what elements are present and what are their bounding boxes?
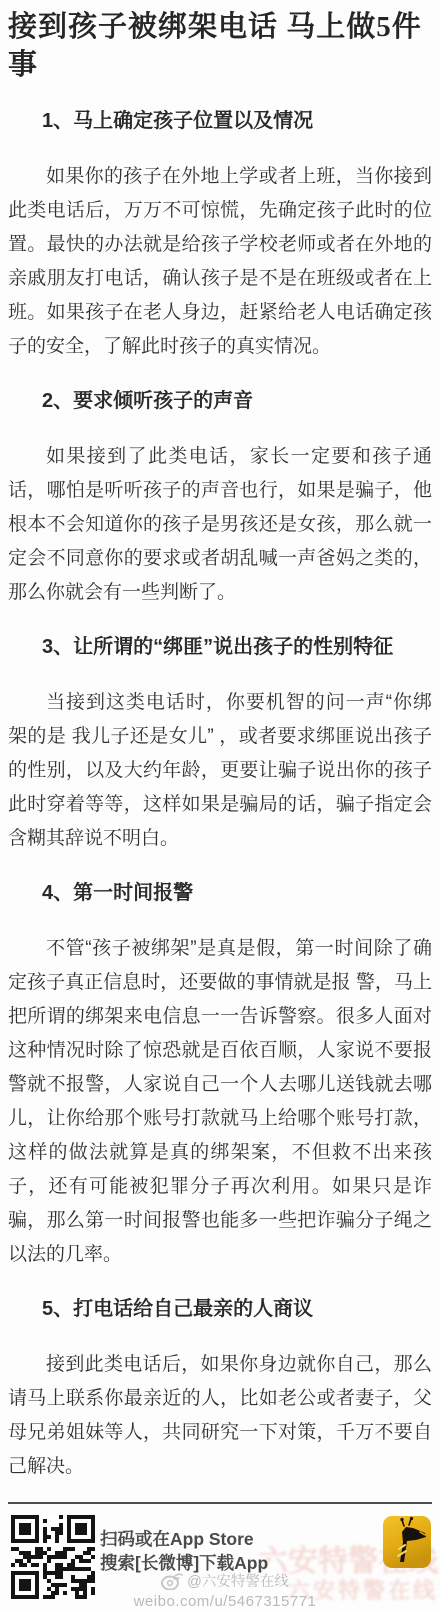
page-title: 接到孩子被绑架电话 马上做5件事 [8,8,432,84]
section-3-heading: 3、让所谓的“绑匪”说出孩子的性别特征 [42,634,432,660]
section-2-heading: 2、要求倾听孩子的声音 [42,388,432,414]
weibo-logo-icon [161,1572,183,1590]
section-2-paragraph: 如果接到了此类电话，家长一定要和孩子通话，哪怕是听听孩子的声音也行，如果是骗子，… [8,440,432,610]
section-3-paragraph: 当接到这类电话时，你要机智的问一声“你绑架的是 我儿子还是女儿” ，或者要求绑匪… [8,686,432,856]
weibo-credit: @六安特警在线 weibo.com/u/5467315771 [110,1572,340,1611]
section-1-paragraph: 如果你的孩子在外地上学或者上班，当你接到此类电话后，万万不可惊慌，先确定孩子此时… [8,160,432,364]
section-4-heading: 4、第一时间报警 [42,880,432,906]
weibo-url: weibo.com/u/5467315771 [110,1592,340,1611]
section-5-paragraph: 接到此类电话后，如果你身边就你自己，那么请马上联系你最亲近的人，比如老公或者妻子… [8,1348,432,1484]
section-5-heading: 5、打电话给自己最亲的人商议 [42,1296,432,1322]
footer-divider [8,1502,432,1504]
long-weibo-article: 接到孩子被绑架电话 马上做5件事 1、马上确定孩子位置以及情况 如果你的孩子在外… [0,0,440,1612]
article-body: 接到孩子被绑架电话 马上做5件事 1、马上确定孩子位置以及情况 如果你的孩子在外… [0,8,440,1484]
section-4-paragraph: 不管“孩子被绑架”是真是假，第一时间除了确定孩子真正信息时，还要做的事情就是报 … [8,932,432,1272]
store-line-1: 扫码或在App Store [100,1527,268,1551]
qr-code-icon [11,1515,95,1599]
weibo-handle: @六安特警在线 [187,1574,289,1590]
app-store-instructions: 扫码或在App Store 搜索[长微博]下载App [100,1527,268,1575]
changweibo-app-giraffe-icon [383,1516,431,1568]
section-1-heading: 1、马上确定孩子位置以及情况 [42,108,432,134]
footer: 六安特警在线 六安特警在线 扫码或在App Store 搜索[长微博]下载App [0,1502,440,1612]
